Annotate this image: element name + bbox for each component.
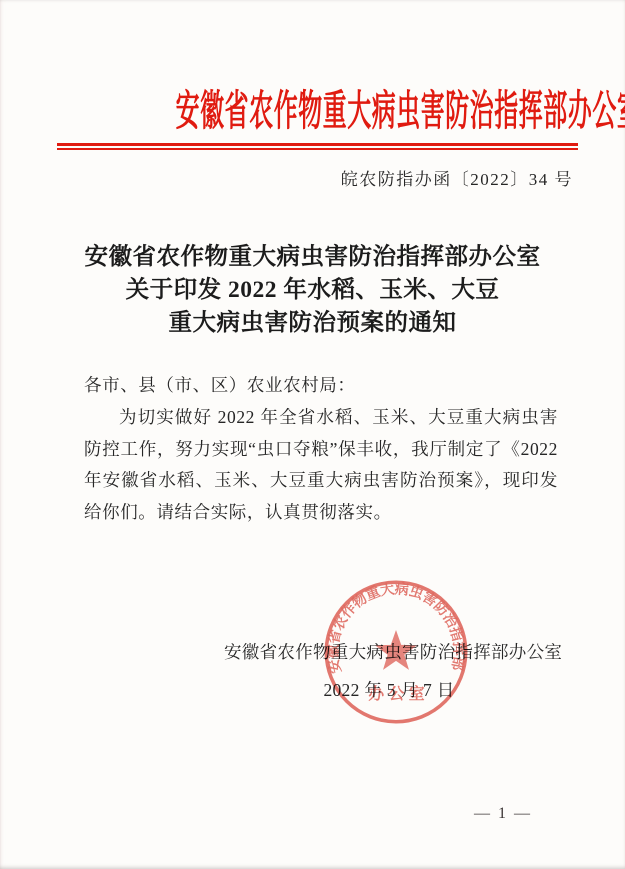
seal-center-text: 办公室	[368, 684, 429, 703]
letterhead-org-name: 安徽省农作物重大病虫害防治指挥部办公室	[0, 88, 625, 136]
document-page: 安徽省农作物重大病虫害防治指挥部办公室 皖农防指办函〔2022〕34 号 安徽省…	[0, 0, 625, 869]
seal-ring-text: 安徽省农作物重大病虫害防治指挥部	[325, 580, 468, 675]
document-title-line-3: 重大病虫害防治预案的通知	[0, 307, 625, 340]
letterhead-org-name-text: 安徽省农作物重大病虫害防治指挥部办公室	[176, 88, 625, 136]
body-paragraph: 为切实做好 2022 年全省水稻、玉米、大豆重大病虫害防控工作，努力实现“虫口夺…	[84, 402, 558, 529]
document-title: 安徽省农作物重大病虫害防治指挥部办公室 关于印发 2022 年水稻、玉米、大豆 …	[0, 241, 625, 340]
document-title-line-1: 安徽省农作物重大病虫害防治指挥部办公室	[0, 241, 625, 274]
letterhead-divider-line	[57, 143, 578, 150]
document-number: 皖农防指办函〔2022〕34 号	[341, 165, 573, 190]
seal-star-icon	[375, 630, 417, 670]
document-body: 各市、县（市、区）农业农村局： 为切实做好 2022 年全省水稻、玉米、大豆重大…	[84, 370, 558, 529]
page-number: — 1 —	[474, 805, 532, 823]
official-seal: 安徽省农作物重大病虫害防治指挥部 办公室	[321, 577, 471, 727]
document-title-line-2: 关于印发 2022 年水稻、玉米、大豆	[0, 274, 625, 307]
salutation: 各市、县（市、区）农业农村局：	[84, 370, 558, 402]
